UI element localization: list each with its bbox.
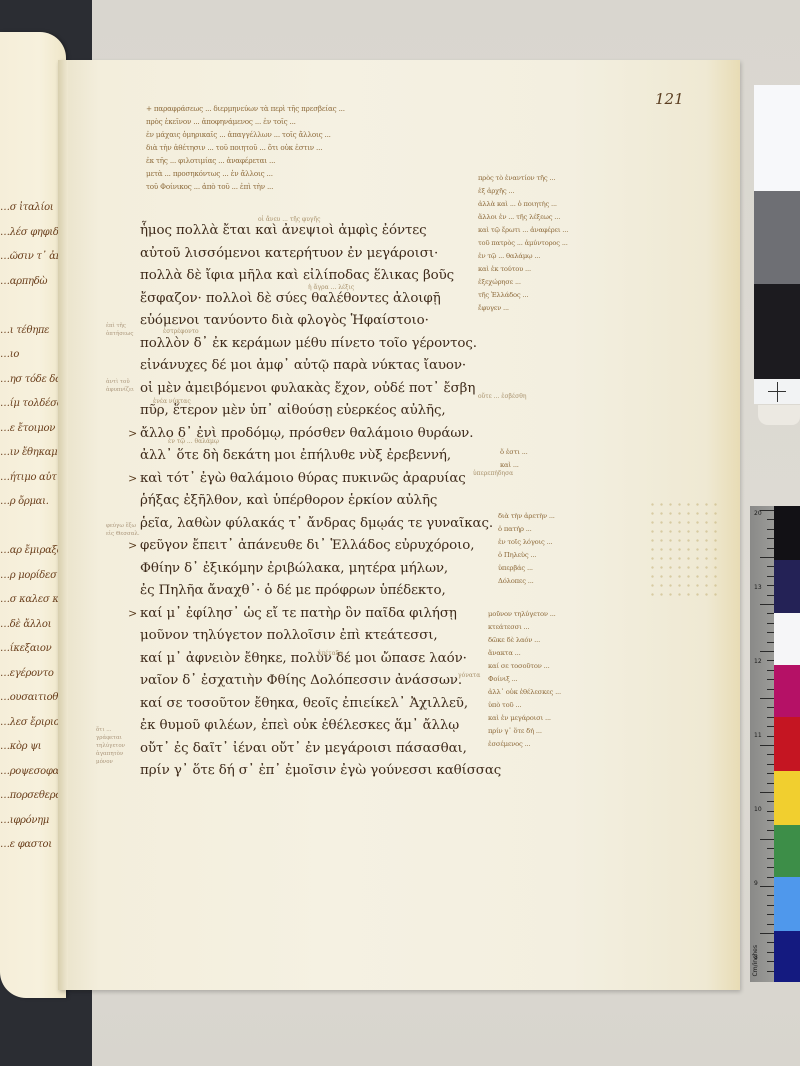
patch-light-blue [774, 877, 800, 931]
ruler-tick [767, 538, 774, 539]
verse-text: ἔσφαζον· πολλοὶ δὲ σύες θαλέθοντες ἀλοιφ… [140, 291, 441, 306]
facing-page-line: …ιο [0, 349, 66, 360]
interlinear-gloss: ὑπερεπήδησα [473, 470, 513, 477]
verse-line: ῥήξας ἐξῆλθον, καὶ ὑπέρθορον ἑρκίον αὐλῆ… [140, 490, 570, 513]
verse-text: μοῦνον τηλύγετον πολλοῖσιν ἐπὶ κτεάτεσσι… [140, 628, 438, 643]
ruler-tick [760, 604, 774, 605]
facing-page-line: …δὲ ἄλλοι [0, 619, 66, 630]
verse-text: καί σε τοσοῦτον ἔθηκα, θεοῖς ἐπιείκελ᾽ Ἀ… [140, 696, 468, 711]
patch-black [774, 506, 800, 560]
margin-note-line: φεύγω ἔξω [106, 522, 140, 530]
verse-mark: > [128, 603, 137, 626]
ruler-tick [760, 557, 774, 558]
facing-page-line: …αρπηδὼ [0, 276, 66, 287]
verse-line: μοῦνον τηλύγετον πολλοῖσιν ἐπὶ κτεάτεσσι… [140, 625, 570, 648]
ruler-number: 12 [754, 658, 762, 665]
ruler-tick [760, 839, 774, 840]
verse-text: οὔτ᾽ ἐς δαῖτ᾽ ἰέναι οὔτ᾽ ἐν μεγάροισι πά… [140, 741, 467, 756]
interlinear-gloss: ἐνέα νύκτας [153, 398, 191, 405]
interlinear-gloss: οἱ ἄνευ ... τῆς φυγῆς [258, 216, 320, 223]
ruler-tick [767, 764, 774, 765]
interlinear-gloss: οὔτε ... ἐσβέσθη [478, 393, 526, 400]
ruler-tick [767, 867, 774, 868]
manuscript-folio: 121 + παραφράσεως ... διερμηνεύων τὰ περ… [58, 60, 740, 990]
margin-note-line: γράφεται [96, 734, 125, 742]
facing-page: …σ ἰταλίοι…λέσ φηφιδι…ῶσιν τ᾽ ἀπ᾿ιδα…αρπ… [0, 32, 66, 998]
facing-page-line: …ουσαιτιοθ [0, 692, 66, 703]
facing-page-line: …ιφρόνημ [0, 815, 66, 826]
ruler-number: 20 [754, 510, 762, 517]
verse-text: οἱ μὲν ἀμειβόμενοι φυλακὰς ἔχον, οὐδέ πο… [140, 381, 475, 396]
ruler-tick [760, 886, 774, 887]
verse-text: εὑόμενοι τανύοντο διὰ φλογὸς Ἡφαίστοιο· [140, 313, 429, 328]
ruler-tick [767, 914, 774, 915]
verse-line: καί σε τοσοῦτον ἔθηκα, θεοῖς ἐπιείκελ᾽ Ἀ… [140, 693, 570, 716]
verse-text: πολλὸν δ᾽ ἐκ κεράμων μέθυ πίνετο τοῖο γέ… [140, 336, 477, 351]
ruler-number: 8 [754, 954, 758, 961]
patch-dark-blue [774, 560, 800, 613]
verse-text: καὶ τότ᾽ ἐγὼ θαλάμοιο θύρας πυκινῶς ἀραρ… [140, 471, 466, 486]
verse-text: καί μ᾽ ἐφίλησ᾽ ὡς εἴ τε πατὴρ ὃν παῖδα φ… [140, 606, 457, 621]
margin-note: ἐπὶ τῆςὀπτήσεως [106, 322, 133, 338]
verse-mark: > [128, 535, 137, 558]
ruler-tick [767, 924, 774, 925]
facing-page-line: …ε φαστοι [0, 839, 66, 850]
verse-line: πῦρ, ἕτερον μὲν ὑπ᾽ αἰθούσῃ εὐερκέος αὐλ… [140, 400, 570, 423]
margin-note-line: ἀγαπητὸν [96, 750, 125, 758]
ruler-tick [760, 698, 774, 699]
scholion-line: ἐκ τῆς ... φιλοτιμίας ... ἀναφέρεται ... [146, 154, 666, 167]
interlinear-gloss: ἐν τῷ ... θαλάμῳ [168, 438, 219, 445]
facing-page-line: …ίκεξαιον [0, 643, 66, 654]
ruler-tick [767, 566, 774, 567]
patch-red [774, 717, 800, 771]
patch-magenta [774, 665, 800, 717]
ruler-tick [760, 792, 774, 793]
ruler-tick [767, 707, 774, 708]
verse-line: ἀλλ᾽ ὅτε δὴ δεκάτη μοι ἐπήλυθε νὺξ ἐρεβε… [140, 445, 570, 468]
calibration-grayscale-strip [754, 85, 800, 404]
verse-text: ἐς Πηλῆα ἄναχθ᾽· ὁ δέ με πρόφρων ὑπέδεκτ… [140, 583, 446, 598]
interlinear-gloss: ἡ ἄγρα ... λέξις [308, 284, 354, 291]
margin-note-line: ὅτι ... [96, 726, 125, 734]
verse-text: πολλὰ δὲ ἴφια μῆλα καὶ εἰλίποδας ἕλικας … [140, 268, 454, 283]
verse-text: ῥεῖα, λαθὼν φύλακάς τ᾽ ἄνδρας δμῳάς τε γ… [140, 516, 493, 531]
ruler-tick [767, 726, 774, 727]
verse-text: Φθίην δ᾽ ἐξικόμην ἐριβώλακα, μητέρα μήλω… [140, 561, 448, 576]
margin-note-line: ἐπὶ τῆς [106, 322, 133, 330]
ruler-tick [767, 642, 774, 643]
facing-page-line: …ῶσιν τ᾽ ἀπ᾿ιδα [0, 251, 66, 262]
main-text-block: ἧμος πολλὰ ἔται καὶ ἀνεψιοὶ ἀμφὶς ἐόντες… [140, 220, 570, 783]
scholion-line: ἀλλὰ καὶ ... ὁ ποιητὴς ... [478, 198, 678, 211]
ruler-tick [767, 660, 774, 661]
ruler-number: 13 [754, 584, 762, 591]
facing-page-line: …λεσ ἔριρισ [0, 717, 66, 728]
margin-note-line: ἀντὶ τοῦ [106, 378, 134, 386]
verse-text: πῦρ, ἕτερον μὲν ὑπ᾽ αἰθούσῃ εὐερκέος αὐλ… [140, 403, 446, 418]
ruler-tick [767, 895, 774, 896]
ruler-tick [767, 754, 774, 755]
ruler-tick [767, 905, 774, 906]
verse-line: αὐτοῦ λισσόμενοι κατερήτυον ἐν μεγάροισι… [140, 243, 570, 266]
ruler-tick [767, 820, 774, 821]
patch-yellow [774, 771, 800, 825]
patch-green [774, 825, 800, 877]
ruler-tick [767, 689, 774, 690]
ruler-tick [760, 651, 774, 652]
interlinear-gloss: ἐπέταξα [318, 650, 343, 657]
margin-note-line: μόνον [96, 758, 125, 766]
ruler-number: 11 [754, 732, 762, 739]
facing-page-line: …ρ μορίδεσ [0, 570, 66, 581]
verse-mark: > [128, 468, 137, 491]
measurement-ruler: Cm/inches 201312111098 [750, 506, 774, 982]
margin-note-line: εἰς Θεσσαλ. [106, 530, 140, 538]
patch-gray [754, 191, 800, 284]
verse-line: πολλὸν δ᾽ ἐκ κεράμων μέθυ πίνετο τοῖο γέ… [140, 333, 570, 356]
scholion-line: διὰ τὴν ἀθέτησιν ... τοῦ ποιητοῦ ... ὅτι… [146, 141, 666, 154]
ruler-tick [767, 623, 774, 624]
facing-page-line: …σ καλεσ καιμ [0, 594, 66, 605]
ruler-tick [767, 811, 774, 812]
verse-line: ἔσφαζον· πολλοὶ δὲ σύες θαλέθοντες ἀλοιφ… [140, 288, 570, 311]
verse-line: ῥεῖα, λαθὼν φύλακάς τ᾽ ἄνδρας δμῳάς τε γ… [140, 513, 570, 536]
facing-page-line: …ρ ὄρμαι. [0, 496, 66, 507]
ruler-tick [767, 848, 774, 849]
facing-page-line: …ροψεσοφαι [0, 766, 66, 777]
ruler-tick [767, 971, 774, 972]
facing-page-line: …ήτιμο αὐτ [0, 472, 66, 483]
verse-line: >καί μ᾽ ἐφίλησ᾽ ὡς εἴ τε πατὴρ ὃν παῖδα … [140, 603, 570, 626]
ruler-tick [767, 952, 774, 953]
verse-line: ἧμος πολλὰ ἔται καὶ ἀνεψιοὶ ἀμφὶς ἐόντες [140, 220, 570, 243]
facing-page-line: …ε ἔτοιμον [0, 423, 66, 434]
torn-tab [758, 405, 800, 425]
facing-page-line: …εγέροντο [0, 668, 66, 679]
verse-line: πρίν γ᾽ ὅτε δή σ᾽ ἐπ᾽ ἐμοῖσιν ἐγὼ γούνεσ… [140, 760, 570, 783]
ruler-tick [767, 632, 774, 633]
ruler-tick [760, 745, 774, 746]
verse-text: αὐτοῦ λισσόμενοι κατερήτυον ἐν μεγάροισι… [140, 246, 438, 261]
margin-note: ἀντὶ τοῦἀφυπνίζει [106, 378, 134, 394]
scholion-line: πρὸς τὸ ἐναντίον τῆς ... [478, 172, 678, 185]
scholion-line: ἐν μάχαις ὁμηρικαῖς ... ἀπαγγέλλων ... τ… [146, 128, 666, 141]
facing-page-line: …ίμ τολδέσαι [0, 398, 66, 409]
ruler-tick [767, 529, 774, 530]
verse-line: οὔτ᾽ ἐς δαῖτ᾽ ἰέναι οὔτ᾽ ἐν μεγάροισι πά… [140, 738, 570, 761]
facing-page-line: …σ ἰταλίοι [0, 202, 66, 213]
margin-note-line: ἀφυπνίζει [106, 386, 134, 394]
verse-text: εἰνάνυχες δέ μοι ἀμφ᾽ αὐτῷ παρὰ νύκτας ἴ… [140, 358, 466, 373]
verse-mark: > [128, 423, 137, 446]
facing-page-line: …αρ ἔμιραξαι [0, 545, 66, 556]
patch-white [754, 85, 800, 191]
ruler-tick [767, 595, 774, 596]
ruler-number: 10 [754, 806, 762, 813]
ruler-tick [767, 942, 774, 943]
verse-line: ἐκ θυμοῦ φιλέων, ἐπεὶ οὐκ ἐθέλεσκες ἅμ᾽ … [140, 715, 570, 738]
verse-line: Φθίην δ᾽ ἐξικόμην ἐριβώλακα, μητέρα μήλω… [140, 558, 570, 581]
verse-text: ῥήξας ἐξῆλθον, καὶ ὑπέρθορον ἑρκίον αὐλῆ… [140, 493, 437, 508]
ruler-tick [767, 576, 774, 577]
crosshair-icon-vertical [777, 382, 778, 402]
ruler-tick [767, 679, 774, 680]
verse-text: ἀλλ᾽ ὅτε δὴ δεκάτη μοι ἐπήλυθε νὺξ ἐρεβε… [140, 448, 451, 463]
gutter-fold [58, 60, 68, 990]
ruler-tick [767, 548, 774, 549]
ruler-tick [767, 773, 774, 774]
facing-page-line: …κὸρ ψι [0, 741, 66, 752]
verse-text: πρίν γ᾽ ὅτε δή σ᾽ ἐπ᾽ ἐμοῖσιν ἐγὼ γούνεσ… [140, 763, 501, 778]
ruler-tick [767, 717, 774, 718]
verse-line: καί μ᾽ ἀφνειὸν ἔθηκε, πολὺν δέ μοι ὤπασε… [140, 648, 570, 671]
ruler-tick [767, 783, 774, 784]
verse-line: εἰνάνυχες δέ μοι ἀμφ᾽ αὐτῷ παρὰ νύκτας ἴ… [140, 355, 570, 378]
ruler-tick [767, 585, 774, 586]
verse-text: καί μ᾽ ἀφνειὸν ἔθηκε, πολὺν δέ μοι ὤπασε… [140, 651, 467, 666]
facing-page-line: …ησ τόδε δουλ [0, 374, 66, 385]
verse-line: ἐς Πηλῆα ἄναχθ᾽· ὁ δέ με πρόφρων ὑπέδεκτ… [140, 580, 570, 603]
facing-page-line: …λέσ φηφιδι [0, 227, 66, 238]
facing-page-line: …ι τέθηπε [0, 325, 66, 336]
verse-text: ἧμος πολλὰ ἔται καὶ ἀνεψιοὶ ἀμφὶς ἐόντες [140, 223, 427, 238]
verse-line: εὑόμενοι τανύοντο διὰ φλογὸς Ἡφαίστοιο· [140, 310, 570, 333]
facing-page-line: …ιν ἔθηκαμι [0, 447, 66, 458]
scholion-line: + παραφράσεως ... διερμηνεύων τὰ περὶ τῆ… [146, 102, 666, 115]
ruler-tick [760, 933, 774, 934]
patch-white [774, 613, 800, 665]
verse-line: >φεῦγον ἔπειτ᾽ ἀπάνευθε δι᾽ Ἑλλάδος εὐρυ… [140, 535, 570, 558]
margin-note: φεύγω ἔξωεἰς Θεσσαλ. [106, 522, 140, 538]
verse-text: ναῖον δ᾽ ἐσχατιὴν Φθίης Δολόπεσσιν ἀνάσσ… [140, 673, 462, 688]
margin-note: ὅτι ... γράφεταιτηλύγετονἀγαπητὸνμόνον [96, 726, 125, 766]
ruler-tick [767, 519, 774, 520]
interlinear-gloss: ἐστρέφοντο [163, 328, 199, 335]
ruler-tick [767, 801, 774, 802]
margin-note-line: ὀπτήσεως [106, 330, 133, 338]
ruler-tick [767, 613, 774, 614]
patch-white-crosshair [754, 379, 800, 404]
scholion-line: πρὸς ἐκεῖνον ... ἀποφηνάμενος ... ἐν τοῖ… [146, 115, 666, 128]
scholion-line: ἐξ ἀρχῆς ... [478, 185, 678, 198]
ruler-tick [767, 877, 774, 878]
verse-line: πολλὰ δὲ ἴφια μῆλα καὶ εἰλίποδας ἕλικας … [140, 265, 570, 288]
ruler-tick [767, 858, 774, 859]
ink-offset-stains [648, 500, 718, 600]
ruler-tick [767, 830, 774, 831]
color-calibration-scale [774, 506, 800, 982]
verse-text: φεῦγον ἔπειτ᾽ ἀπάνευθε δι᾽ Ἑλλάδος εὐρυχ… [140, 538, 474, 553]
ruler-tick [767, 736, 774, 737]
ruler-tick [767, 670, 774, 671]
ruler-tick [767, 961, 774, 962]
ruler-number: 9 [754, 880, 758, 887]
facing-page-line: …πορσεθερό [0, 790, 66, 801]
margin-note-line: τηλύγετον [96, 742, 125, 750]
verse-line: ναῖον δ᾽ ἐσχατιὴν Φθίης Δολόπεσσιν ἀνάσσ… [140, 670, 570, 693]
patch-navy [774, 931, 800, 982]
verse-text: ἐκ θυμοῦ φιλέων, ἐπεὶ οὐκ ἐθέλεσκες ἅμ᾽ … [140, 718, 459, 733]
interlinear-gloss: γόνατα [458, 672, 480, 679]
ruler-tick [760, 510, 774, 511]
patch-black [754, 284, 800, 379]
